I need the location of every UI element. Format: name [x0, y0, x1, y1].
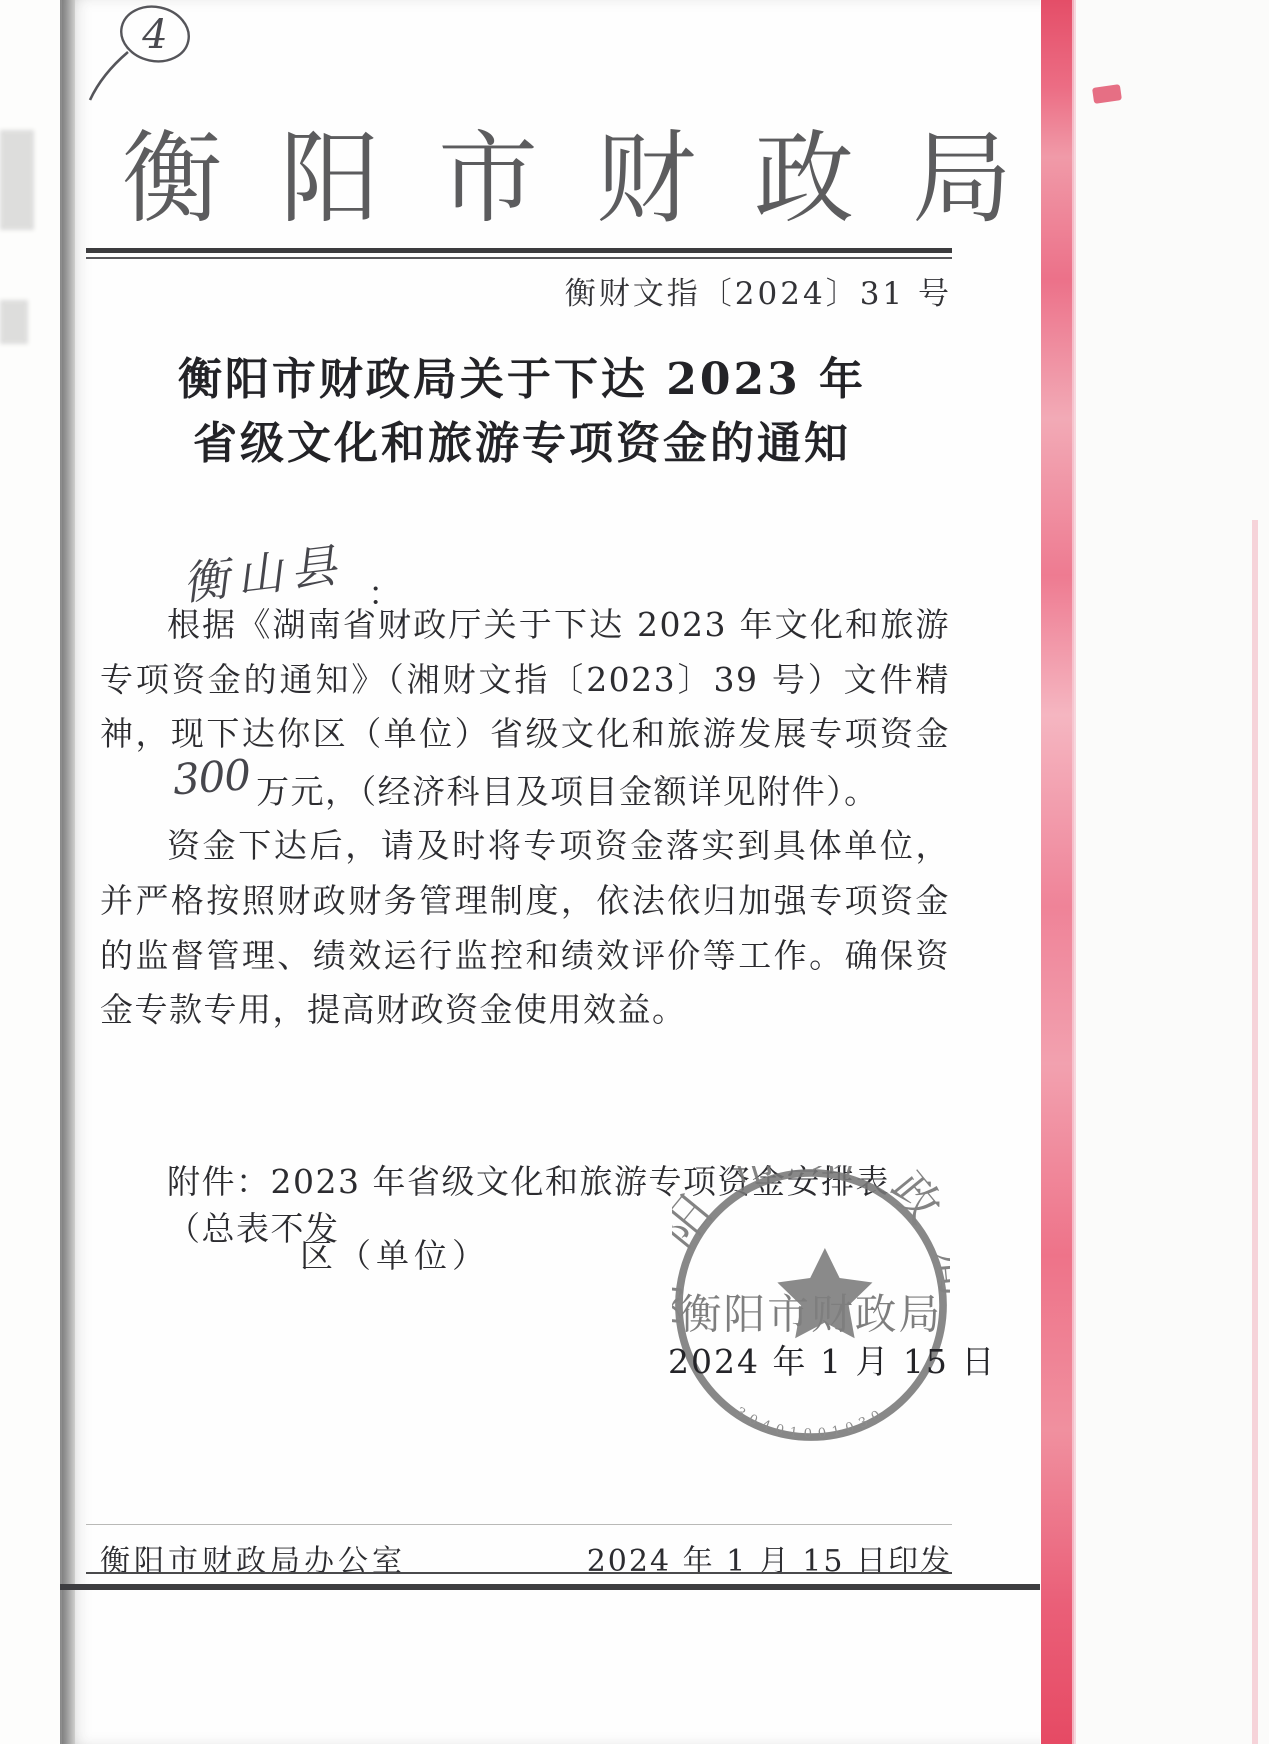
letterhead-agency-name: 衡阳市财政局: [122, 98, 952, 242]
letterhead-rule-thin: [86, 257, 952, 259]
paragraph-1: 根据《湖南省财政厅关于下达 2023 年文化和旅游专项资金的通知》（湘财文指〔2…: [100, 598, 950, 819]
red-binding-stripe: [1041, 0, 1074, 1744]
handwritten-page-number-mark: 4: [80, 0, 210, 110]
bleed-through-artifact: [0, 130, 34, 230]
paragraph-1-text-before-amount: 根据《湖南省财政厅关于下达 2023 年文化和旅游专项资金的通知》（湘财文指〔2…: [100, 605, 950, 753]
pen-stroke: [90, 52, 128, 100]
page-number-digit: 4: [141, 12, 167, 58]
paragraph-1-text-after-amount: 万元，（经济科目及项目金额详见附件）。: [256, 772, 879, 811]
footer-rule-faint: [86, 1524, 952, 1525]
document-title: 衡阳市财政局关于下达 2023 年 省级文化和旅游专项资金的通知: [62, 348, 982, 476]
right-margin: [1076, 0, 1269, 1744]
official-seal: 衡阳市财政局 衡阳市财政局 4304010010301: [672, 1166, 950, 1444]
footer-rule-thin: [86, 1572, 952, 1574]
letterhead-rule-thick: [86, 248, 952, 253]
red-binding-stripe-edge: [1072, 0, 1076, 1744]
binding-shadow: [60, 0, 75, 1744]
document-title-line1: 衡阳市财政局关于下达 2023 年: [62, 348, 982, 412]
document-number: 衡财文指〔2024〕31 号: [0, 268, 952, 313]
body-text: 根据《湖南省财政厅关于下达 2023 年文化和旅游专项资金的通知》（湘财文指〔2…: [100, 598, 950, 1038]
faint-red-edge-line: [1252, 520, 1258, 1744]
document-title-line2: 省级文化和旅游专项资金的通知: [62, 412, 982, 476]
footer-rule-thick: [60, 1584, 1040, 1590]
seal-inner-text: 衡阳市财政局: [680, 1290, 943, 1339]
handwritten-amount: 300: [98, 747, 258, 812]
paragraph-2: 资金下达后，请及时将专项资金落实到具体单位，并严格按照财政财务管理制度，依法依归…: [100, 819, 950, 1037]
signature-date: 2024 年 1 月 15 日: [668, 1336, 968, 1383]
scanned-document: 4 衡阳市财政局 衡财文指〔2024〕31 号 衡阳市财政局关于下达 2023 …: [0, 0, 1269, 1744]
